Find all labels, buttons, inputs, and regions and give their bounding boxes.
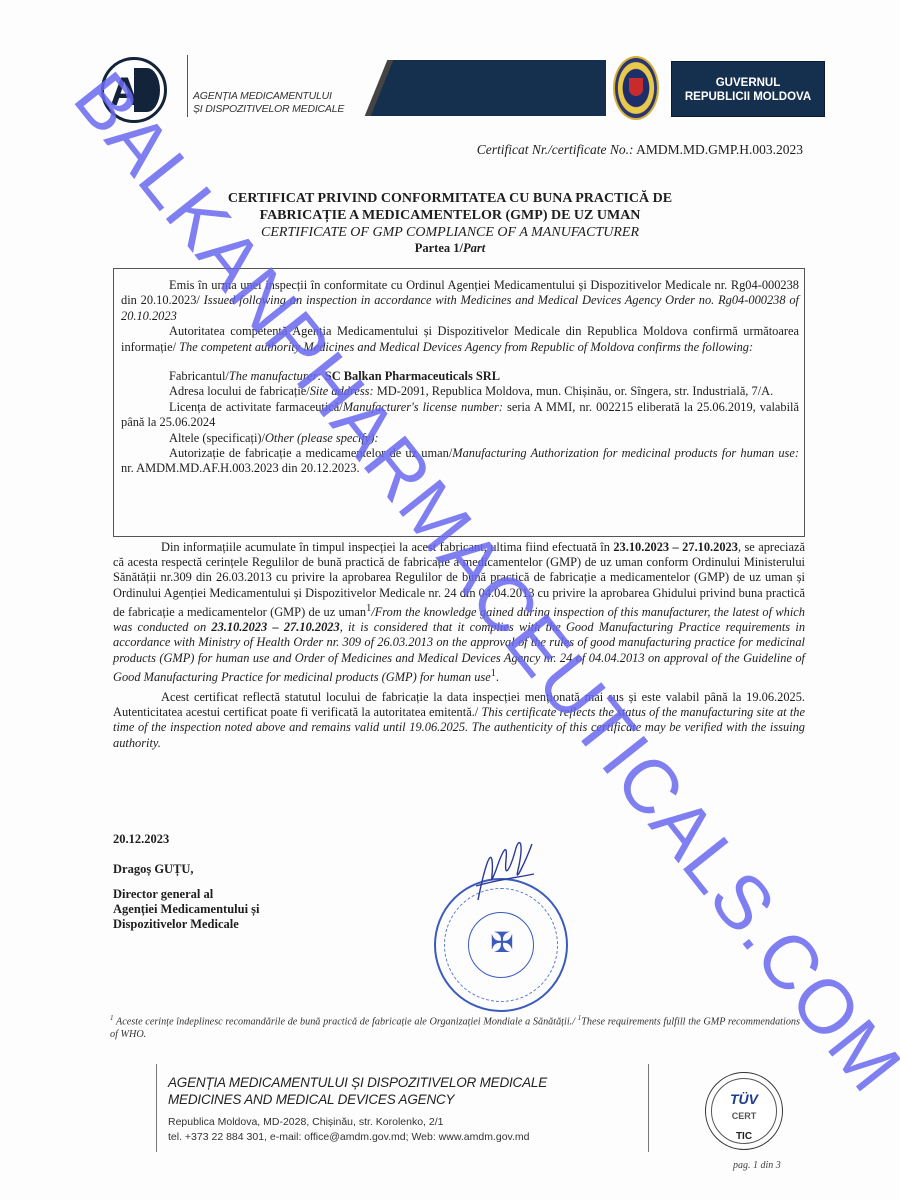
tuv-cert: CERT — [706, 1111, 782, 1121]
part-label: Partea 1/Part — [150, 240, 750, 257]
certificate-number: Certificat Nr./certificate No.: AMDM.MD.… — [477, 142, 803, 158]
title-line1: CERTIFICAT PRIVIND CONFORMITATEA CU BUNA… — [150, 190, 750, 207]
signatory-title-line1: Director general al — [113, 887, 260, 902]
inspection-dates-en: 23.10.2023 – 27.10.2023 — [211, 620, 339, 634]
part-label-en: Part — [463, 241, 485, 255]
tuv-certification-seal-icon: TÜV CERT TIC — [705, 1072, 783, 1150]
coat-of-arms-shield-icon — [629, 78, 643, 96]
signatory-title: Director general al Agenției Medicamentu… — [113, 887, 260, 932]
part-label-ro: Partea 1/ — [415, 241, 463, 255]
tuv-mark: TÜV — [706, 1091, 782, 1107]
manufacturer-label-en: The manufacturer: — [229, 369, 322, 383]
title-line2: FABRICAȚIE A MEDICAMENTELOR (GMP) DE UZ … — [150, 207, 750, 224]
logo-divider — [187, 55, 188, 117]
authorization-ro: Autorizație de fabricație a medicamentel… — [169, 446, 452, 460]
certificate-body: Din informațiile acumulate în timpul ins… — [113, 540, 805, 751]
site-label-ro: Adresa locului de fabricație/ — [169, 384, 310, 398]
inspection-dates-ro: 23.10.2023 – 27.10.2023 — [613, 540, 738, 554]
footnote: 1 Aceste cerințe îndeplinesc recomandări… — [110, 1012, 800, 1041]
site-label-en: Site address: — [310, 384, 374, 398]
manufacturer-field: Fabricantul/The manufacturer: SC Balkan … — [121, 369, 799, 384]
authority-en: The competent authority Medicines and Me… — [179, 340, 753, 354]
compliance-paragraph: Din informațiile acumulate în timpul ins… — [113, 540, 805, 685]
validity-paragraph: Acest certificat reflectă statutul locul… — [113, 690, 805, 751]
other-label-en: Other (please specify): — [265, 431, 379, 445]
government-line1: GUVERNUL — [672, 76, 824, 90]
footer-agency-en: MEDICINES AND MEDICAL DEVICES AGENCY — [168, 1091, 547, 1108]
agency-name-line1: AGENȚIA MEDICAMENTULUI — [193, 90, 344, 103]
banner-dark — [394, 60, 606, 116]
footer-address: Republica Moldova, MD-2028, Chișinău, st… — [168, 1115, 547, 1130]
certificate-number-label: Certificat Nr./certificate No.: — [477, 142, 634, 157]
footer-agency-info: AGENȚIA MEDICAMENTULUI ȘI DISPOZITIVELOR… — [168, 1074, 547, 1145]
footnote-ref-en: 1 — [491, 668, 496, 679]
footer-contact-line: tel. +373 22 884 301, e-mail: office@amd… — [168, 1130, 547, 1145]
authorization-en: Manufacturing Authorization for medicina… — [452, 446, 799, 460]
handwritten-signature-icon — [470, 830, 540, 910]
authorization-field: Autorizație de fabricație a medicamentel… — [121, 446, 799, 477]
signature-date: 20.12.2023 — [113, 832, 169, 847]
compliance-ro-a: Din informațiile acumulate în timpul ins… — [161, 540, 613, 554]
footer-divider-left — [156, 1064, 157, 1152]
footnote-ro: Aceste cerințe îndeplinesc recomandările… — [114, 1016, 578, 1027]
agency-logo-letter-m — [134, 68, 160, 112]
site-value: MD-2091, Republica Moldova, mun. Chișină… — [377, 384, 773, 398]
page-indicator: pag. 1 din 3 — [733, 1160, 781, 1171]
license-label-ro: Licența de activitate farmaceutică/ — [169, 400, 343, 414]
authorization-value: nr. AMDM.MD.AF.H.003.2023 din 20.12.2023… — [121, 461, 360, 475]
coat-of-arms-eagle-icon: ✠ — [486, 924, 518, 964]
manufacturer-value: SC Balkan Pharmaceuticals SRL — [325, 369, 500, 383]
license-field: Licența de activitate farmaceutică/Manuf… — [121, 400, 799, 431]
government-line2: REPUBLICII MOLDOVA — [672, 90, 824, 104]
manufacturer-label-ro: Fabricantul/ — [169, 369, 229, 383]
coat-of-arms-seal-icon — [613, 56, 659, 120]
agency-logo-letter-a: A — [110, 70, 133, 115]
issued-en: Issued following an inspection in accord… — [121, 293, 799, 322]
other-label-ro: Altele (specificați)/ — [169, 431, 265, 445]
signatory-name: Dragoș GUȚU, — [113, 862, 194, 877]
agency-name: AGENȚIA MEDICAMENTULUI ȘI DISPOZITIVELOR… — [193, 90, 344, 116]
footer-contact: Republica Moldova, MD-2028, Chișinău, st… — [168, 1115, 547, 1145]
title-line3-english: CERTIFICATE OF GMP COMPLIANCE OF A MANUF… — [150, 224, 750, 241]
authority-paragraph: Autoritatea competentă Agenția Medicamen… — [121, 324, 799, 355]
signatory-title-line3: Dispozitivelor Medicale — [113, 917, 260, 932]
certificate-page: A AGENȚIA MEDICAMENTULUI ȘI DISPOZITIVEL… — [0, 0, 900, 1200]
issued-paragraph: Emis în urma unei inspecții în conformit… — [121, 278, 799, 324]
tuv-tic: TIC — [706, 1131, 782, 1142]
other-field: Altele (specificați)/Other (please speci… — [121, 431, 799, 446]
footer-divider-right — [648, 1064, 649, 1152]
manufacturer-info-box: Emis în urma unei inspecții în conformit… — [113, 268, 805, 537]
signatory-title-line2: Agenției Medicamentului și — [113, 902, 260, 917]
site-address-field: Adresa locului de fabricație/Site addres… — [121, 384, 799, 399]
license-label-en: Manufacturer's license number: — [343, 400, 503, 414]
government-badge: GUVERNUL REPUBLICII MOLDOVA — [671, 61, 825, 117]
agency-name-line2: ȘI DISPOZITIVELOR MEDICALE — [193, 103, 344, 116]
footer-agency-ro: AGENȚIA MEDICAMENTULUI ȘI DISPOZITIVELOR… — [168, 1074, 547, 1091]
certificate-number-value: AMDM.MD.GMP.H.003.2023 — [636, 142, 803, 157]
agency-logo: A — [101, 57, 167, 123]
